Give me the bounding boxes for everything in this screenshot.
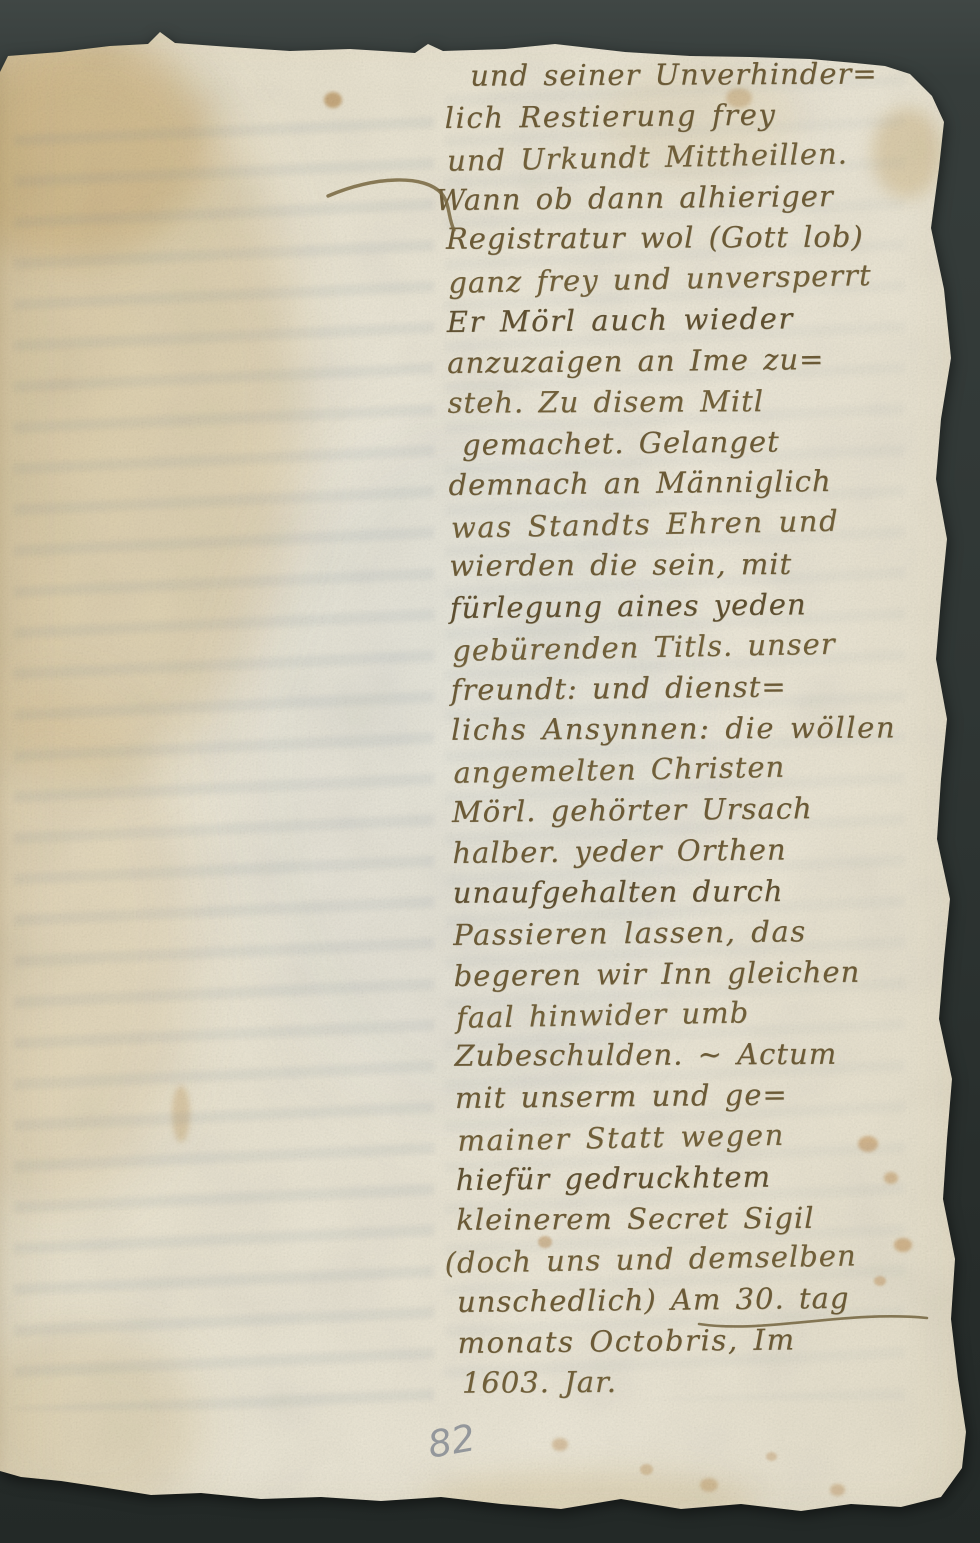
ink-text-block: und seiner Unverhinder=lich Restierung f… bbox=[444, 52, 930, 1405]
manuscript-line: ganz frey und unversperrt bbox=[448, 254, 921, 303]
manuscript-line: kleinerem Secret Sigil bbox=[456, 1197, 928, 1240]
manuscript-line: Wann ob dann alhieriger bbox=[435, 175, 917, 221]
manuscript-line: mainer Statt wegen bbox=[457, 1112, 930, 1161]
paper-shadow-wrap: und seiner Unverhinder=lich Restierung f… bbox=[0, 0, 980, 1543]
manuscript-line: Passieren lassen, das bbox=[453, 910, 925, 956]
manuscript-line: Registratur wol (Gott lob) bbox=[446, 217, 918, 260]
photographed-manuscript: und seiner Unverhinder=lich Restierung f… bbox=[0, 0, 980, 1543]
manuscript-line: monats Octobris, Im bbox=[457, 1318, 929, 1364]
manuscript-line: demnach an Männiglich bbox=[448, 460, 920, 506]
folio-number-top-pencil: 42 bbox=[882, 41, 913, 70]
manuscript-line: wierden die sein, mit bbox=[449, 543, 921, 586]
manuscript-line: steh. Zu disem Mitl bbox=[448, 380, 920, 423]
manuscript-line: Er Mörl auch wieder bbox=[447, 297, 919, 343]
manuscript-line: angemelten Christen bbox=[453, 744, 926, 793]
manuscript-line: anzuzaigen an Ime zu= bbox=[447, 338, 919, 384]
manuscript-line: mit unserm und ge= bbox=[455, 1073, 927, 1119]
manuscript-line: Zubeschulden. ~ Actum bbox=[454, 1033, 926, 1076]
manuscript-line: hiefür gedruckhtem bbox=[456, 1155, 928, 1201]
manuscript-line: lichs Ansynnen: die wöllen bbox=[451, 707, 923, 750]
manuscript-line: freundt: und dienst= bbox=[450, 665, 922, 711]
manuscript-paper: und seiner Unverhinder=lich Restierung f… bbox=[0, 0, 980, 1543]
manuscript-line: lich Restierung frey bbox=[444, 93, 916, 139]
manuscript-line: unaufgehalten durch bbox=[453, 870, 925, 913]
manuscript-line: gemachet. Gelanget bbox=[462, 420, 920, 466]
manuscript-line: Mörl. gehörter Ursach bbox=[452, 787, 924, 833]
manuscript-line: und seiner Unverhinder= bbox=[444, 53, 916, 96]
manuscript-line: halber. yeder Orthen bbox=[452, 828, 924, 874]
manuscript-line: 1603. Jar. bbox=[462, 1360, 930, 1403]
manuscript-line: und Urkundt Mittheillen. bbox=[447, 132, 920, 181]
manuscript-line: was Standts Ehren und bbox=[451, 499, 924, 548]
manuscript-line: unschedlich) Am 30. tag bbox=[457, 1277, 929, 1323]
manuscript-line: faal hinwider umb bbox=[456, 990, 929, 1039]
folio-number-bottom-pencil: 82 bbox=[425, 1416, 479, 1467]
manuscript-line: fürlegung aines yeden bbox=[450, 583, 922, 629]
manuscript-line: (doch uns und demselben bbox=[444, 1235, 931, 1285]
manuscript-line: gebürenden Titls. unser bbox=[452, 622, 925, 671]
